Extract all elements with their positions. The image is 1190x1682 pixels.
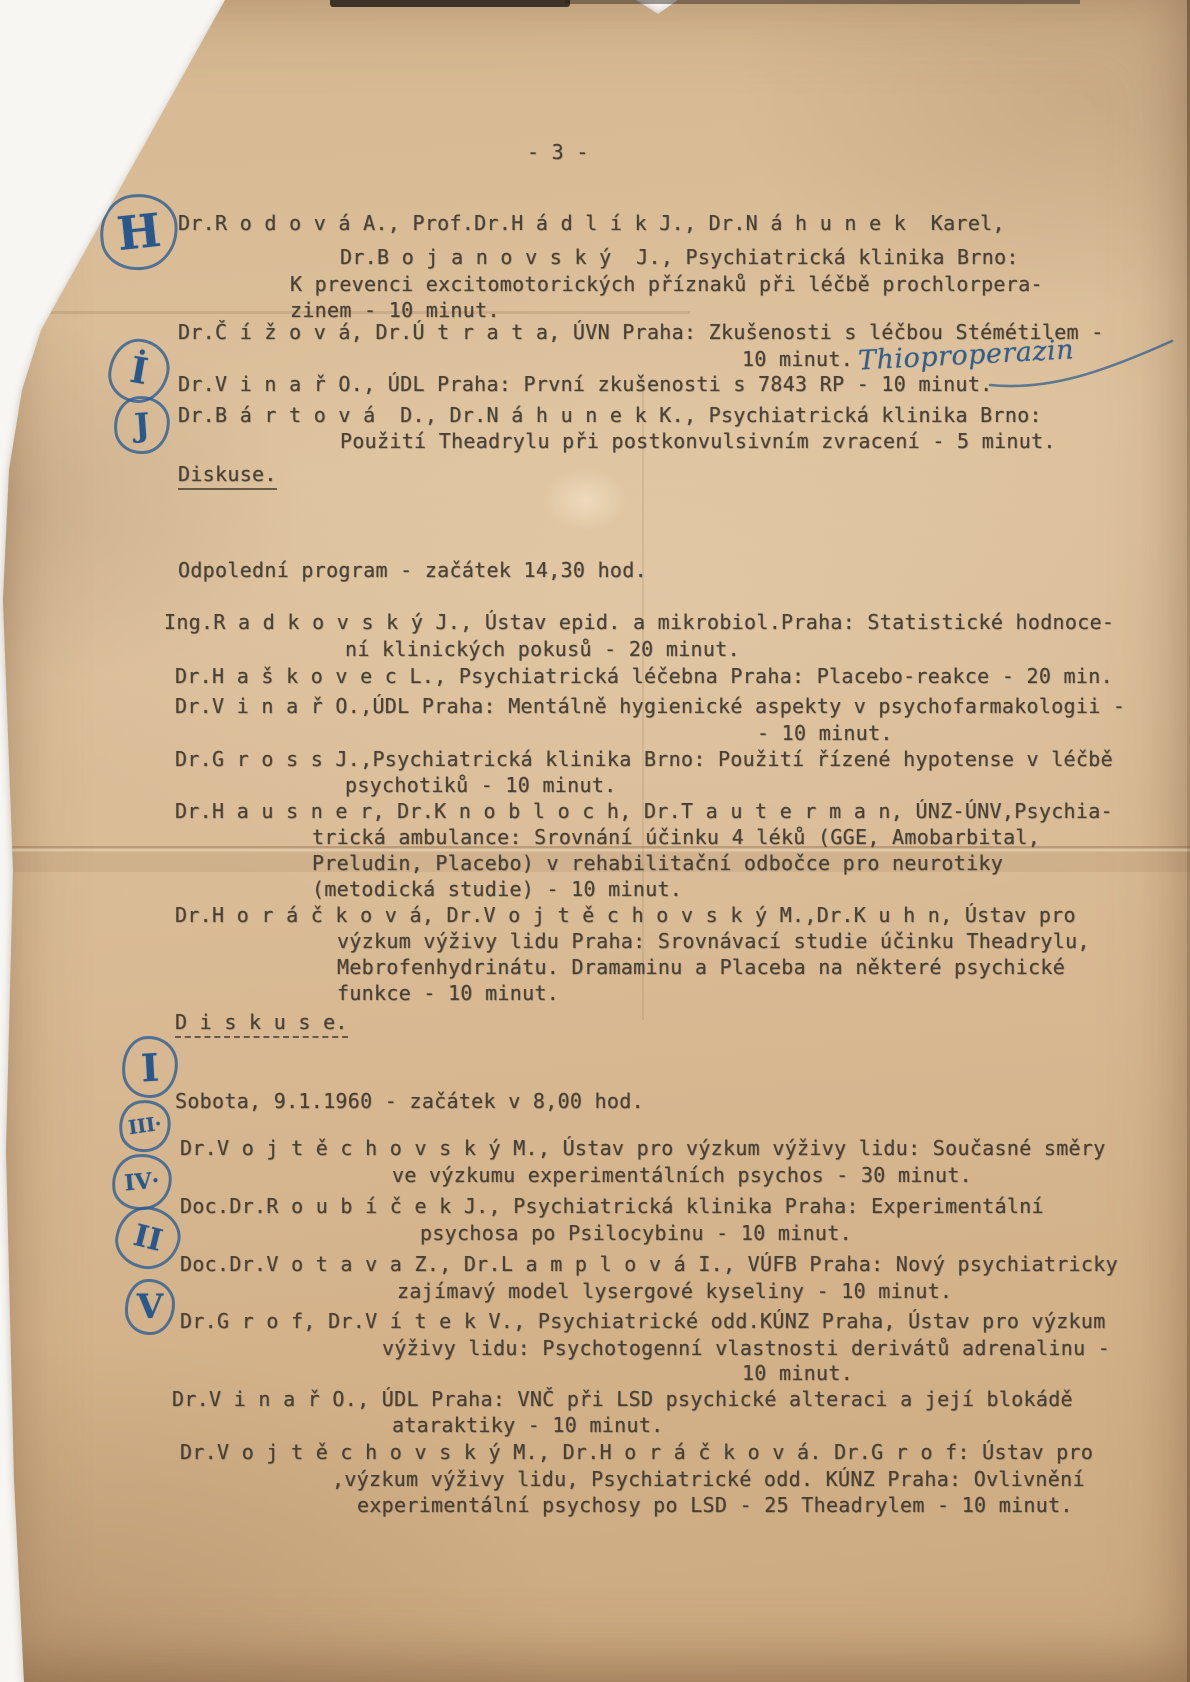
margin-annotation-circle: III·: [116, 1097, 175, 1156]
paper-sheet: - 3 - Dr.R o d o v á A., Prof.Dr.H á d l…: [0, 0, 1190, 1682]
annotation-label: I: [140, 1044, 160, 1090]
margin-annotation-circle: IV·: [110, 1151, 175, 1212]
annotation-label: III·: [127, 1113, 163, 1139]
typed-line: ní klinických pokusů - 20 minut.: [345, 637, 740, 661]
typed-line: - 10 minut.: [757, 721, 893, 745]
typed-line: zajímavý model lysergové kyseliny - 10 m…: [397, 1279, 952, 1303]
typed-line: funkce - 10 minut.: [337, 981, 559, 1005]
typed-line: ataraktiky - 10 minut.: [392, 1413, 664, 1437]
typed-line: 10 minut.: [742, 347, 853, 371]
annotation-label: J: [133, 406, 151, 445]
annotation-label: İ: [127, 349, 151, 393]
typed-line: experimentální psychosy po LSD - 25 Thea…: [357, 1493, 1073, 1517]
paper-shadow-wrap: - 3 - Dr.R o d o v á A., Prof.Dr.H á d l…: [0, 0, 1190, 1682]
typed-line: výživy lidu: Psychotogenní vlastnosti de…: [382, 1336, 1110, 1360]
margin-annotation-circle: V: [125, 1279, 175, 1335]
typed-line: psychosa po Psilocybinu - 10 minut.: [420, 1221, 852, 1245]
annotation-label: II: [130, 1218, 166, 1259]
typed-line: zinem - 10 minut.: [290, 298, 500, 322]
typed-line: Doc.Dr.V o t a v a Z., Dr.L a m p l o v …: [180, 1252, 1118, 1276]
page-number: - 3 -: [527, 140, 589, 164]
typed-line: K prevenci excitomotorických příznaků př…: [290, 272, 1043, 296]
annotation-label: IV·: [123, 1168, 160, 1197]
typed-line: Dr.H a š k o v e c L., Psychiatrická léč…: [175, 664, 1113, 688]
typed-line: 10 minut.: [742, 1361, 853, 1385]
typed-line: ,výzkum výživy lidu, Psychiatrické odd. …: [332, 1467, 1085, 1491]
typed-line: Použití Theadrylu při postkonvulsivním z…: [340, 429, 1056, 453]
typed-line: Dr.G r o f, Dr.V í t e k V., Psychiatric…: [180, 1309, 1106, 1333]
typed-line: trická ambulance: Srovnání účinku 4 léků…: [312, 825, 1040, 849]
typed-line: Sobota, 9.1.1960 - začátek v 8,00 hod.: [175, 1089, 644, 1113]
typed-line: výzkum výživy lidu Praha: Srovnávací stu…: [337, 929, 1090, 953]
typed-line: Preludin, Placebo) v rehabilitační odboč…: [312, 851, 1003, 875]
scan-edge-shadow-top: [330, 0, 570, 7]
typed-line: D i s k u s e.: [175, 1010, 348, 1038]
typed-line: Dr.V i n a ř O.,ÚDL Praha: Mentálně hygi…: [175, 694, 1125, 718]
margin-annotation-circle: H: [96, 190, 182, 274]
margin-annotation-circle: J: [112, 394, 172, 456]
scan-edge-shadow-top-2: [565, 0, 1080, 4]
margin-annotation-circle: I: [120, 1035, 179, 1100]
typed-line: Dr.V i n a ř O., ÚDL Praha: VNČ při LSD …: [172, 1387, 1073, 1411]
typed-line: ve výzkumu experimentálních psychos - 30…: [392, 1163, 972, 1187]
typed-line: Dr.R o d o v á A., Prof.Dr.H á d l í k J…: [178, 211, 1005, 235]
typed-line: Dr.B o j a n o v s k ý J., Psychiatrická…: [340, 245, 1019, 269]
typed-line: (metodická studie) - 10 minut.: [312, 877, 682, 901]
typed-line: Dr.B á r t o v á D., Dr.N á h u n e k K.…: [178, 403, 1042, 427]
typed-line: Diskuse.: [178, 462, 277, 490]
typed-line: Doc.Dr.R o u b í č e k J., Psychiatrická…: [180, 1194, 1044, 1218]
typed-line: Mebrofenhydrinátu. Dramaminu a Placeba n…: [337, 955, 1065, 979]
typed-line: Ing.R a d k o v s k ý J., Ústav epid. a …: [164, 610, 1114, 634]
scanned-page: - 3 - Dr.R o d o v á A., Prof.Dr.H á d l…: [0, 0, 1190, 1682]
margin-annotation-circle: II: [109, 1200, 186, 1276]
typed-line: Dr.V o j t ě c h o v s k ý M., Ústav pro…: [180, 1136, 1106, 1160]
annotation-label: H: [115, 203, 164, 261]
annotation-label: V: [137, 1287, 163, 1327]
typed-line: Dr.G r o s s J.,Psychiatrická klinika Br…: [175, 747, 1113, 771]
typed-line: Dr.H a u s n e r, Dr.K n o b l o c h, Dr…: [175, 799, 1113, 823]
typed-line: Dr.H o r á č k o v á, Dr.V o j t ě c h o…: [175, 903, 1076, 927]
typed-line: Odpolední program - začátek 14,30 hod.: [178, 558, 647, 582]
typed-line: Dr.V o j t ě c h o v s k ý M., Dr.H o r …: [180, 1440, 1093, 1464]
typed-line: psychotiků - 10 minut.: [345, 773, 617, 797]
